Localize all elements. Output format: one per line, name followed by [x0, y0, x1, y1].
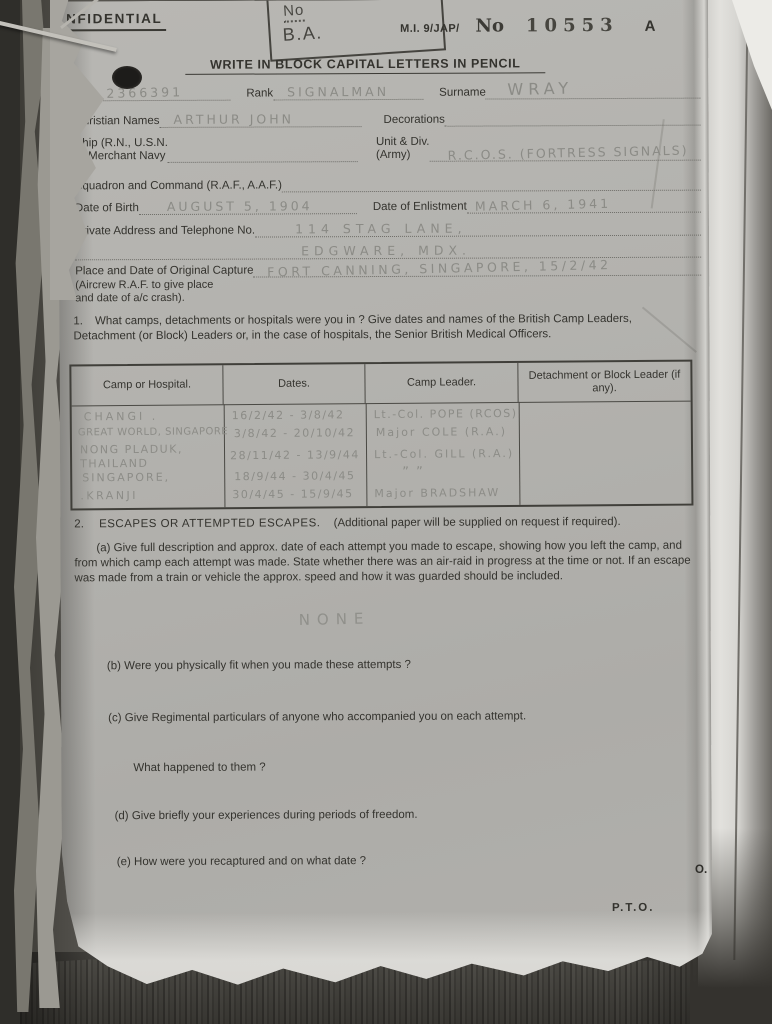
questionnaire-sheet: NFIDENTIAL No B.A. 9 M.I. 9/JAP/ No 1055…	[58, 0, 712, 1001]
question-2e: (e) How were you recaptured and on what …	[117, 854, 366, 870]
dates-value: 30/4/45 - 15/9/45	[232, 487, 353, 501]
decorations-field	[445, 110, 701, 127]
question-2c: (c) Give Regimental particulars of anyon…	[108, 709, 526, 726]
camp-value: GREAT WORLD, SINGAPORE	[78, 426, 228, 438]
squadron-label: Squadron and Command (R.A.F., A.A.F.)	[75, 179, 282, 193]
camp-value: SINGAPORE,	[82, 471, 170, 485]
camp-value: .KRANJI	[80, 489, 138, 502]
document-photo: NFIDENTIAL No B.A. 9 M.I. 9/JAP/ No 1055…	[0, 0, 772, 1024]
camps-table: Camp or Hospital. Dates. Camp Leader. De…	[69, 360, 693, 511]
register-no-label: No	[475, 15, 504, 36]
question-2-heading: 2. ESCAPES OR ATTEMPTED ESCAPES. (Additi…	[74, 515, 620, 532]
dob-field: AUGUST 5, 1904	[139, 198, 357, 215]
decorations-label: Decorations	[383, 114, 444, 127]
unit-div-label: Unit & Div. (Army)	[376, 136, 430, 162]
surname-value: WRAY	[508, 79, 574, 99]
service-number-field: 2366391	[92, 85, 230, 102]
stamp-handwritten-number: 9	[281, 0, 407, 60]
camp-value: NONG PLADUK, THAILAND	[80, 442, 198, 471]
leader-value: Major COLE (R.A.)	[376, 425, 507, 439]
unit-div-field: R.C.O.S. (FORTRESS SIGNALS)	[429, 145, 700, 162]
block-capitals-instruction: WRITE IN BLOCK CAPITAL LETTERS IN PENCIL	[185, 56, 545, 75]
rank-value: SIGNALMAN	[287, 84, 389, 99]
christian-names-value: ARTHUR JOHN	[173, 111, 294, 127]
rank-label: Rank	[246, 87, 273, 100]
enlistment-label: Date of Enlistment	[373, 201, 467, 214]
register-suffix: A	[645, 18, 656, 35]
capture-row: Place and Date of Original Capture FORT …	[75, 260, 701, 279]
capture-note-line1: (Aircrew R.A.F. to give place	[75, 279, 213, 293]
leader-value: Lt.-Col. POPE (RCOS)	[374, 407, 518, 421]
register-number: 10553	[526, 15, 619, 36]
header-dates: Dates.	[223, 364, 365, 404]
unit-label-line2: (Army)	[376, 149, 430, 162]
squadron-field	[282, 175, 701, 193]
question-1-number: 1.	[73, 314, 83, 329]
address-value-line1: 114 STAG LANE,	[295, 221, 467, 237]
leader-value: Major BRADSHAW	[374, 486, 500, 500]
dob-label: Date of Birth	[75, 202, 139, 215]
mi9-label: M.I. 9/JAP/	[400, 23, 459, 35]
header-camp-or-hospital: Camp or Hospital.	[71, 365, 223, 405]
question-2b: (b) Were you physically fit when you mad…	[107, 658, 411, 674]
camps-table-header: Camp or Hospital. Dates. Camp Leader. De…	[71, 362, 690, 407]
squadron-row: Squadron and Command (R.A.F., A.A.F.)	[75, 175, 701, 194]
enlistment-field: MARCH 6, 1941	[467, 197, 701, 214]
surname-field: WRAY	[486, 83, 701, 100]
capture-field: FORT CANNING, SINGAPORE, 15/2/42	[253, 260, 701, 278]
table-column-line	[366, 403, 368, 506]
header-detachment-leader: Detachment or Block Leader (if any).	[518, 362, 690, 402]
surname-label: Surname	[439, 87, 486, 100]
camp-value: CHANGI .	[84, 410, 159, 424]
camps-table-body: CHANGI . GREAT WORLD, SINGAPORE NONG PLA…	[72, 401, 692, 509]
question-2a: (a) Give full description and approx. da…	[74, 539, 698, 587]
capture-note-line2: and date of a/c crash).	[75, 292, 213, 306]
enlistment-value: MARCH 6, 1941	[475, 196, 612, 214]
capture-label: Place and Date of Original Capture	[75, 265, 253, 279]
answer-none: NONE	[299, 609, 371, 629]
question-2c-followup: What happened to them ?	[133, 761, 265, 777]
ship-unit-row: Ship (R.N., U.S.N. or Merchant Navy Unit…	[75, 135, 701, 164]
hole-punch	[112, 66, 142, 89]
address-row: Private Address and Telephone No. 114 ST…	[75, 220, 701, 239]
table-column-line	[224, 404, 226, 507]
address-value-line2: EDGWARE, MDX.	[301, 243, 471, 259]
question-2-title: ESCAPES OR ATTEMPTED ESCAPES.	[99, 517, 320, 530]
question-2-number: 2.	[74, 517, 84, 532]
dates-value: 3/8/42 - 20/10/42	[234, 426, 355, 440]
dates-value: 16/2/42 - 3/8/42	[232, 408, 345, 422]
question-2d: (d) Give briefly your experiences during…	[115, 808, 418, 824]
address-field-line1: 114 STAG LANE,	[255, 220, 701, 238]
capture-note: (Aircrew R.A.F. to give place and date o…	[75, 279, 213, 306]
question-1: 1.What camps, detachments or hospitals w…	[73, 312, 693, 345]
capture-value: FORT CANNING, SINGAPORE, 15/2/42	[267, 257, 612, 280]
dates-value: 28/11/42 - 13/9/44	[230, 448, 360, 462]
address-label: Private Address and Telephone No.	[75, 225, 255, 239]
rank-field: SIGNALMAN	[273, 84, 423, 101]
mi9-reference: M.I. 9/JAP/ No 10553 A	[400, 15, 655, 37]
ship-field	[168, 146, 358, 163]
names-row: Christian Names ARTHUR JOHN Decorations	[74, 110, 700, 129]
ship-label-line1: Ship (R.N., U.S.N.	[75, 137, 168, 150]
pto-mark: P.T.O.	[612, 902, 655, 914]
leader-ditto-value: ” ”	[402, 465, 424, 480]
dates-value: 18/9/44 - 30/4/45	[234, 469, 355, 483]
unit-div-value: R.C.O.S. (FORTRESS SIGNALS)	[447, 143, 688, 163]
question-2-note: (Additional paper will be supplied on re…	[334, 516, 621, 529]
header-camp-leader: Camp Leader.	[365, 363, 518, 403]
o-mark: O.	[695, 864, 707, 876]
leader-value: Lt.-Col. GILL (R.A.)	[374, 447, 514, 461]
dob-value: AUGUST 5, 1904	[167, 198, 313, 214]
identity-row: No. 2366391 Rank SIGNALMAN Surname WRAY	[74, 83, 700, 102]
question-1-text: What camps, detachments or hospitals wer…	[73, 313, 632, 342]
table-column-line	[519, 402, 521, 505]
unit-label-line1: Unit & Div.	[376, 136, 430, 149]
dates-row: Date of Birth AUGUST 5, 1904 Date of Enl…	[75, 197, 701, 216]
christian-names-field: ARTHUR JOHN	[159, 111, 361, 128]
